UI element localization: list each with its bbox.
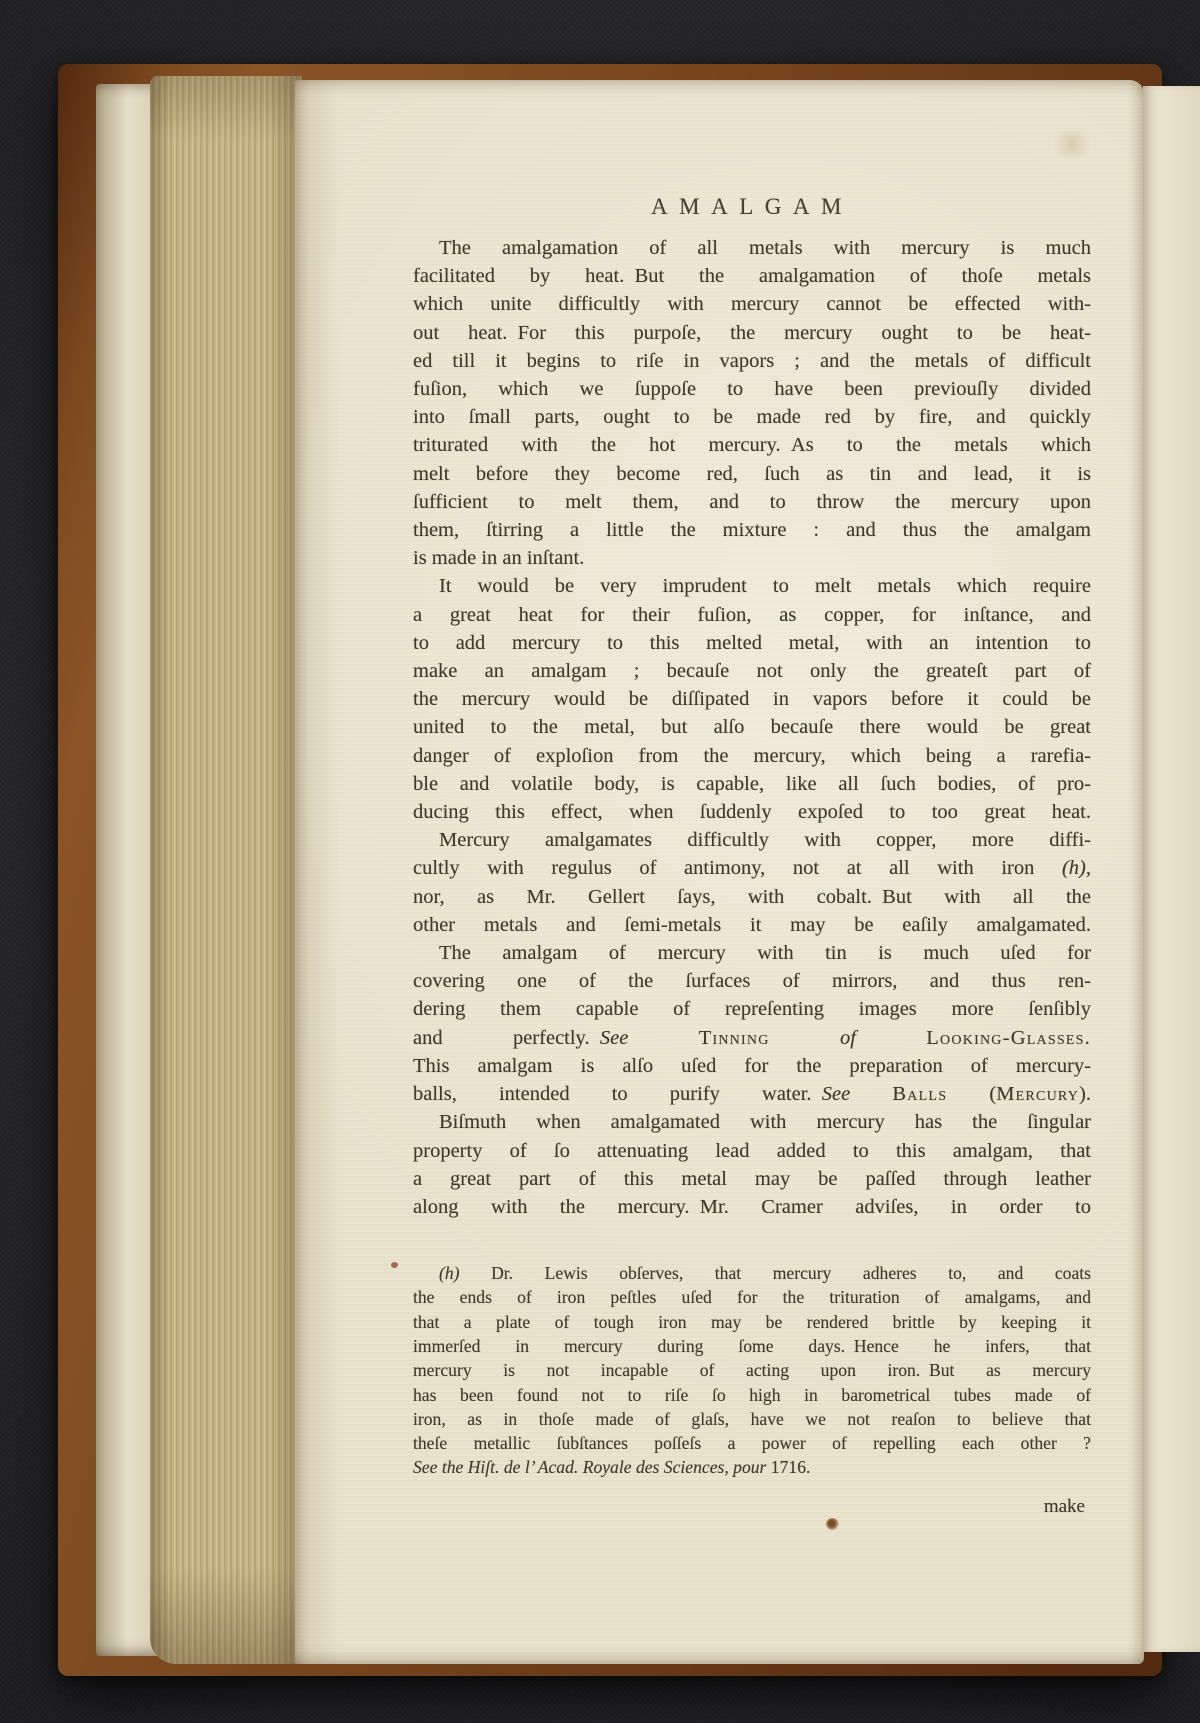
underlying-page-edge bbox=[1143, 86, 1200, 1652]
paragraph: Mercury amalgamates difficultly with cop… bbox=[413, 826, 1091, 939]
text-segment: See bbox=[600, 1027, 628, 1049]
text-line: theſe metallic ſubſtances poſſeſs a powe… bbox=[413, 1431, 1091, 1455]
text-line: along with the mercury. Mr. Cramer adviſ… bbox=[413, 1193, 1091, 1221]
text-line: This amalgam is alſo uſed for the prepar… bbox=[413, 1052, 1091, 1080]
text-segment: ). bbox=[1079, 1083, 1091, 1105]
text-line: into ſmall parts, ought to be made red b… bbox=[413, 403, 1091, 431]
text-line: danger of exploſion from the mercury, wh… bbox=[413, 742, 1091, 770]
text-line: make an amalgam ; becauſe not only the g… bbox=[413, 657, 1091, 685]
paragraph: (h) Dr. Lewis obſerves, that mercury adh… bbox=[413, 1261, 1091, 1480]
text-segment: See the Hiſt. de l’ Acad. Royale des Sci… bbox=[413, 1457, 771, 1477]
text-line: It would be very imprudent to melt metal… bbox=[413, 572, 1091, 600]
text-line: ducing this effect, when ſuddenly expoſe… bbox=[413, 798, 1091, 826]
book-photo: AMALGAM The amalgamation of all metals w… bbox=[0, 0, 1200, 1723]
text-line: them, ſtirring a little the mixture : an… bbox=[413, 516, 1091, 544]
page-fore-edges bbox=[150, 76, 302, 1664]
text-segment bbox=[628, 1027, 698, 1049]
text-line: dering them capable of repreſenting imag… bbox=[413, 995, 1091, 1023]
text-line: cultly with regulus of antimony, not at … bbox=[413, 854, 1091, 882]
text-line: which unite difficultly with mercury can… bbox=[413, 290, 1091, 318]
text-line: property of ſo attenuating lead added to… bbox=[413, 1137, 1091, 1165]
text-line: immerſed in mercury during ſome days. He… bbox=[413, 1334, 1091, 1358]
text-segment bbox=[770, 1027, 840, 1049]
body-text: The amalgamation of all metals with merc… bbox=[413, 234, 1091, 1221]
text-segment: and perfectly. bbox=[413, 1027, 600, 1049]
text-line: is made in an inſtant. bbox=[413, 544, 1091, 572]
text-line: facilitated by heat. But the amalgamatio… bbox=[413, 262, 1091, 290]
text-line: The amalgam of mercury with tin is much … bbox=[413, 939, 1091, 967]
text-line: a great heat for their fuſion, as copper… bbox=[413, 601, 1091, 629]
text-line: out heat. For this purpoſe, the mercury … bbox=[413, 319, 1091, 347]
text-line: nor, as Mr. Gellert ſays, with cobalt. B… bbox=[413, 883, 1091, 911]
text-segment: ( bbox=[947, 1083, 996, 1105]
text-segment bbox=[850, 1083, 892, 1105]
stain-spot bbox=[826, 1518, 839, 1530]
stain-spot bbox=[1050, 128, 1094, 160]
text-segment: Dr. Lewis obſerves, that mercury adheres… bbox=[460, 1263, 1091, 1283]
text-line: a great part of this metal may be paſſed… bbox=[413, 1165, 1091, 1193]
text-segment: Mercury bbox=[996, 1083, 1079, 1105]
text-segment bbox=[856, 1027, 926, 1049]
paragraph: Biſmuth when amalgamated with mercury ha… bbox=[413, 1108, 1091, 1221]
text-segment: balls, intended to purify water. bbox=[413, 1083, 822, 1105]
text-segment: cultly with regulus of antimony, not at … bbox=[413, 857, 1062, 879]
text-line: to add mercury to this melted metal, wit… bbox=[413, 629, 1091, 657]
text-segment: (h) bbox=[439, 1263, 460, 1283]
text-block: AMALGAM The amalgamation of all metals w… bbox=[413, 190, 1091, 1518]
text-segment: Tinning bbox=[699, 1027, 770, 1049]
text-segment: (h), bbox=[1062, 857, 1091, 879]
text-line: united to the metal, but alſo becauſe th… bbox=[413, 713, 1091, 741]
text-line: See the Hiſt. de l’ Acad. Royale des Sci… bbox=[413, 1455, 1091, 1479]
text-line: and perfectly. See Tinning of Looking-Gl… bbox=[413, 1024, 1091, 1052]
text-line: mercury is not incapable of acting upon … bbox=[413, 1358, 1091, 1382]
text-line: that a plate of tough iron may be render… bbox=[413, 1310, 1091, 1334]
catchword: make bbox=[413, 1496, 1091, 1518]
text-line: fuſion, which we ſuppoſe to have been pr… bbox=[413, 375, 1091, 403]
paragraph: The amalgam of mercury with tin is much … bbox=[413, 939, 1091, 1108]
text-segment: Balls bbox=[892, 1083, 947, 1105]
text-line: balls, intended to purify water. See Bal… bbox=[413, 1080, 1091, 1108]
text-segment: See bbox=[822, 1083, 850, 1105]
text-line: the mercury would be diſſipated in vapor… bbox=[413, 685, 1091, 713]
text-line: ſufficient to melt them, and to throw th… bbox=[413, 488, 1091, 516]
paragraph: It would be very imprudent to melt metal… bbox=[413, 572, 1091, 826]
text-segment: 1716. bbox=[771, 1457, 811, 1477]
text-line: Mercury amalgamates difficultly with cop… bbox=[413, 826, 1091, 854]
entry-heading: AMALGAM bbox=[413, 190, 1091, 224]
text-segment: of bbox=[840, 1027, 856, 1049]
text-line: The amalgamation of all metals with merc… bbox=[413, 234, 1091, 262]
text-segment: Looking-Glasses. bbox=[926, 1027, 1091, 1049]
footnote: (h) Dr. Lewis obſerves, that mercury adh… bbox=[413, 1261, 1091, 1480]
ink-speck bbox=[391, 1262, 398, 1268]
text-line: other metals and ſemi-metals it may be e… bbox=[413, 911, 1091, 939]
text-line: ble and volatile body, is capable, like … bbox=[413, 770, 1091, 798]
text-line: (h) Dr. Lewis obſerves, that mercury adh… bbox=[413, 1261, 1091, 1285]
text-line: Biſmuth when amalgamated with mercury ha… bbox=[413, 1108, 1091, 1136]
text-line: triturated with the hot mercury. As to t… bbox=[413, 431, 1091, 459]
text-line: the ends of iron peſtles uſed for the tr… bbox=[413, 1285, 1091, 1309]
text-line: melt before they become red, ſuch as tin… bbox=[413, 460, 1091, 488]
text-line: has been found not to riſe ſo high in ba… bbox=[413, 1383, 1091, 1407]
text-line: covering one of the ſurfaces of mirrors,… bbox=[413, 967, 1091, 995]
paragraph: The amalgamation of all metals with merc… bbox=[413, 234, 1091, 572]
text-line: iron, as in thoſe made of glaſs, have we… bbox=[413, 1407, 1091, 1431]
text-line: ed till it begins to riſe in vapors ; an… bbox=[413, 347, 1091, 375]
